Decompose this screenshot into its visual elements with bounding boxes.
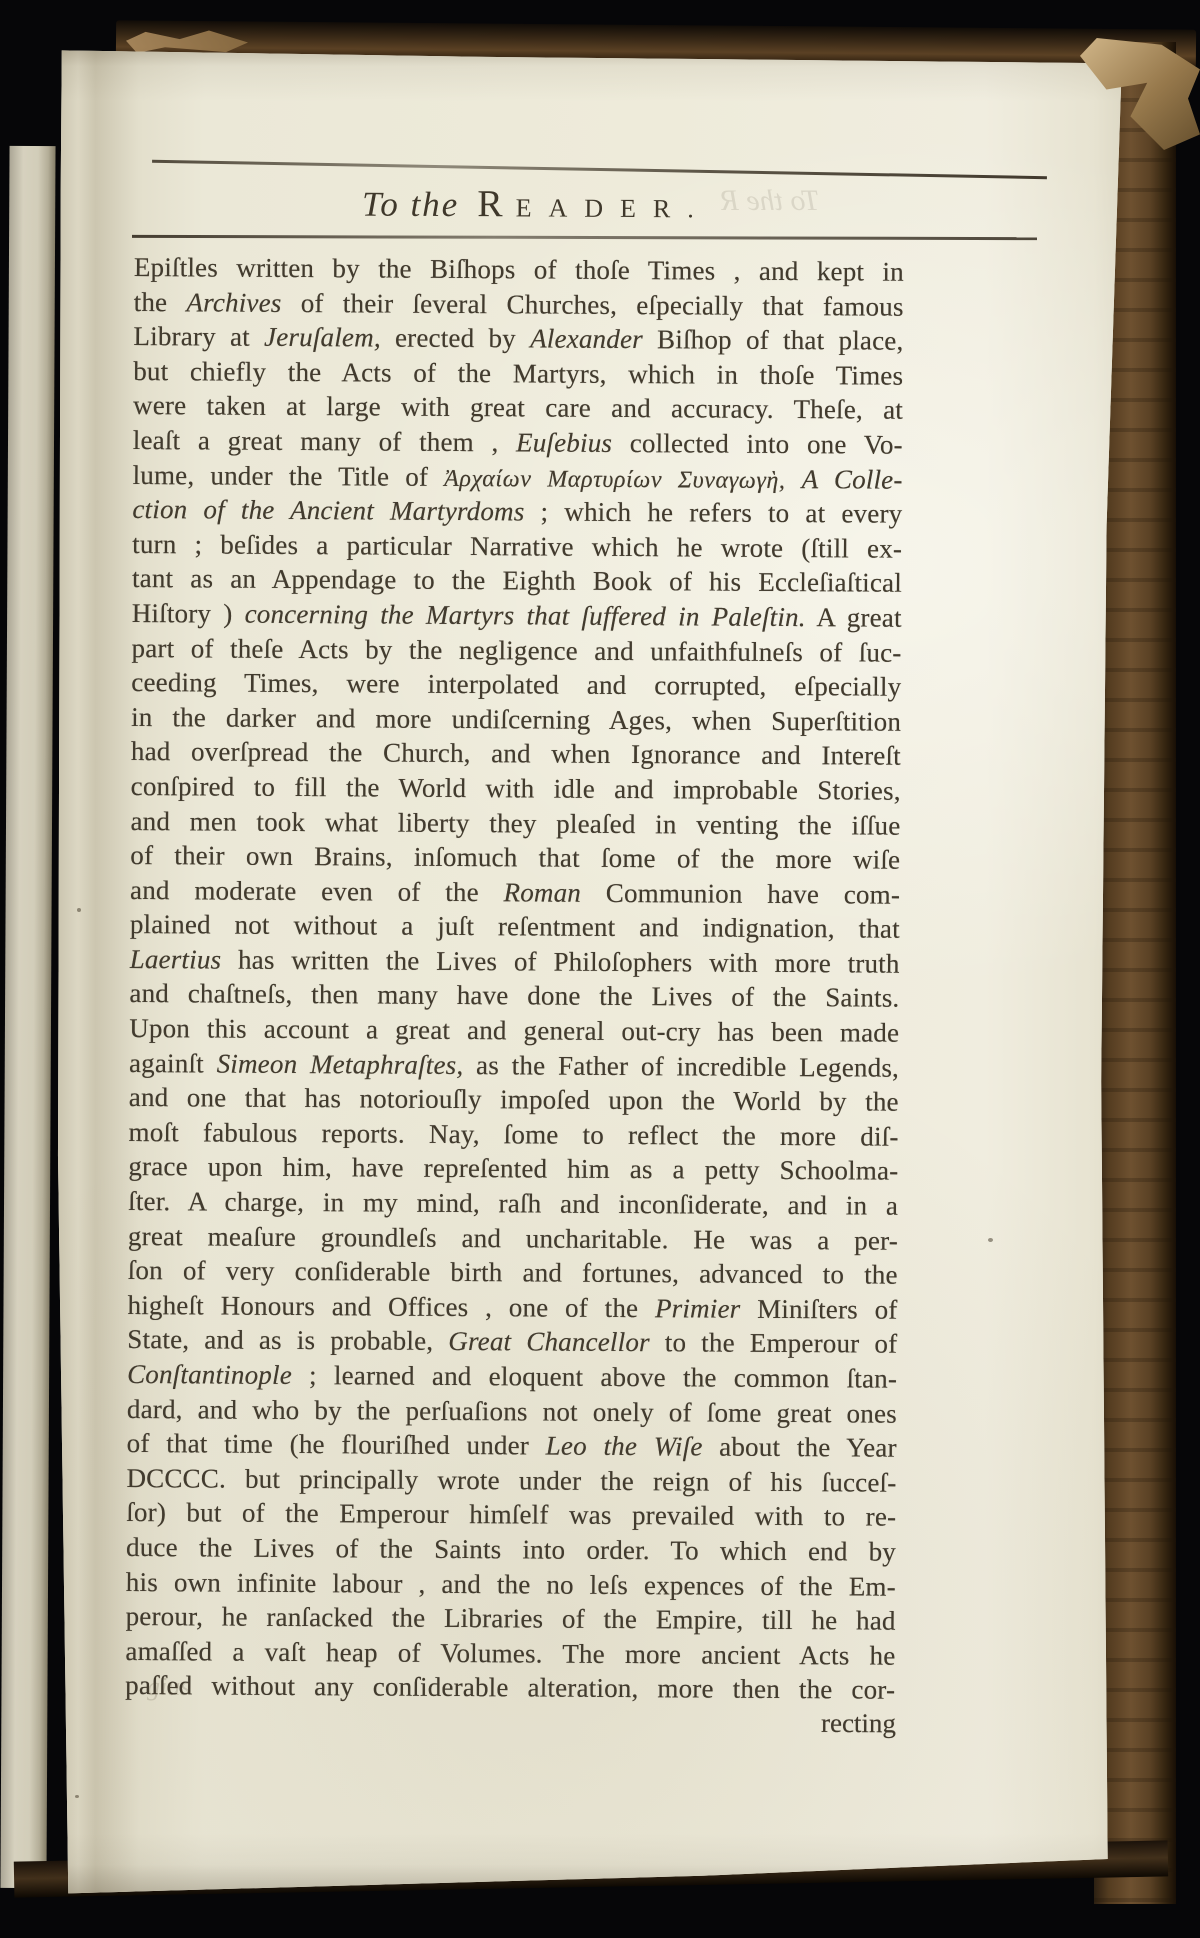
text-line: grace upon him, have repreſented him as … <box>128 1149 898 1188</box>
roman-text: the <box>134 287 187 317</box>
italic-text: Primier <box>655 1293 741 1324</box>
stain-speck <box>75 1795 79 1798</box>
text-line: his own infinite labour , and the no leſ… <box>126 1565 896 1604</box>
italic-text: Laertius <box>130 944 222 975</box>
roman-text: has written the Lives of Philoſophers wi… <box>221 944 900 978</box>
left-page-edge <box>0 146 55 1888</box>
roman-text: part of theſe Acts by the negligence and… <box>131 633 901 668</box>
text-line: conſpired to fill the World with idle an… <box>131 769 901 808</box>
italic-text: Jeruſalem, <box>264 322 381 353</box>
roman-text: but chiefly the Acts of the Martyrs, whi… <box>133 356 903 391</box>
text-line: were taken at large with great care and … <box>133 388 903 427</box>
text-block: Epiſtles written by the Biſhops of thoſe… <box>125 250 904 1708</box>
stain-speck <box>988 1238 993 1242</box>
text-line: ceeding Times, were interpolated and cor… <box>131 665 901 704</box>
roman-text: erected by <box>381 323 530 354</box>
roman-text: higheſt Honours and Offices , one of the <box>127 1290 655 1323</box>
text-line: and chaſtneſs, then many have done the L… <box>129 976 899 1015</box>
roman-text: Communion have com- <box>581 877 900 909</box>
roman-text: his own infinite labour , and the no leſ… <box>126 1567 896 1602</box>
roman-text: Biſhop of that place, <box>643 324 904 356</box>
roman-text: dard, and who by the perſuaſions not one… <box>127 1394 897 1429</box>
title-initial: R <box>477 183 503 225</box>
roman-text: conſpired to fill the World with idle an… <box>131 771 901 806</box>
roman-text: were taken at large with great care and … <box>133 390 903 425</box>
roman-text: againſt <box>129 1048 217 1079</box>
italic-text: concerning the Martyrs that ſuffered in … <box>245 599 806 632</box>
roman-text: moſt fabulous reports. Nay, ſome to refl… <box>129 1117 899 1152</box>
text-line: ction of the Ancient Martyrdoms ; which … <box>132 492 902 531</box>
roman-text: Epiſtles written by the Biſhops of thoſe… <box>134 252 904 287</box>
roman-text: of that time (he flouriſhed under <box>127 1428 546 1461</box>
italic-text: Simeon Metaphraſtes, <box>217 1048 464 1080</box>
roman-text: as the Father of incredible Legends, <box>463 1050 899 1083</box>
roman-text: and one that has notoriouſly impoſed upo… <box>129 1082 899 1117</box>
text-line: DCCCC. but principally wrote under the r… <box>126 1461 896 1500</box>
roman-text: State, and as is probable, <box>127 1324 448 1356</box>
text-line: Conſtantinople ; learned and eloquent ab… <box>127 1357 897 1396</box>
italic-text: Roman <box>503 877 581 907</box>
text-line: but chiefly the Acts of the Martyrs, whi… <box>133 354 903 393</box>
italic-text: Archives <box>186 287 281 318</box>
text-line: the Archives of their ſeveral Churches, … <box>134 285 904 324</box>
roman-text: plained not without a juſt reſentment an… <box>130 909 900 944</box>
book-page: To the R To theREADER. Epiſtles written … <box>52 42 1137 1898</box>
header-rule-top <box>152 160 1047 179</box>
text-line: tant as an Appendage to the Eighth Book … <box>132 561 902 600</box>
text-line: againſt Simeon Metaphraſtes, as the Fath… <box>129 1046 899 1085</box>
roman-text: tant as an Appendage to the Eighth Book … <box>132 563 902 598</box>
text-line: ſor) but of the Emperour himſelf was pre… <box>126 1495 896 1534</box>
roman-text: paſſed without any conſiderable alterati… <box>125 1670 895 1705</box>
text-line: higheſt Honours and Offices , one of the… <box>127 1288 897 1327</box>
roman-text: duce the Lives of the Saints into order.… <box>126 1532 896 1567</box>
text-line: ſon of very conſiderable birth and fortu… <box>128 1253 898 1292</box>
page-title: To theREADER. <box>134 179 1132 234</box>
text-line: Epiſtles written by the Biſhops of thoſe… <box>134 250 904 289</box>
text-line: and men took what liberty they pleaſed i… <box>130 803 900 842</box>
italic-text: Alexander <box>530 324 643 355</box>
catchword: recting <box>821 1708 896 1738</box>
text-line: part of theſe Acts by the negligence and… <box>131 631 901 670</box>
catchword-row: recting <box>134 1702 904 1741</box>
text-line: ſter. A charge, in my mind, raſh and inc… <box>128 1184 898 1223</box>
roman-text: to the Emperour of <box>650 1328 898 1360</box>
title-caps: EADER. <box>516 193 711 223</box>
roman-text: ſon of very conſiderable birth and fortu… <box>128 1255 898 1290</box>
roman-text: ; learned and eloquent above the common … <box>292 1360 897 1394</box>
roman-text: ceeding Times, were interpolated and cor… <box>131 667 901 702</box>
roman-text: perour, he ranſacked the Libraries of th… <box>126 1601 896 1636</box>
roman-text: ſor) but of the Emperour himſelf was pre… <box>126 1497 896 1532</box>
greek-text: Ἀρχαίων Μαρτυρίων Συναγωγὴ, <box>444 465 785 493</box>
italic-text: Leo the Wiſe <box>546 1431 703 1462</box>
roman-text: about the Year <box>702 1432 896 1463</box>
roman-text: ; which he refers to at every <box>524 497 902 529</box>
roman-text: turn ; beſides a particular Narrative wh… <box>132 529 902 564</box>
text-line: great meaſure groundleſs and uncharitabl… <box>128 1219 898 1258</box>
roman-text: collected into one Vo- <box>612 428 903 460</box>
roman-text: and chaſtneſs, then many have done the L… <box>129 978 899 1013</box>
roman-text: leaſt a great many of them , <box>133 425 516 457</box>
italic-text: A Colle- <box>802 464 903 495</box>
text-line: perour, he ranſacked the Libraries of th… <box>126 1599 896 1638</box>
text-line: in the darker and more undiſcerning Ages… <box>131 700 901 739</box>
text-line: duce the Lives of the Saints into order.… <box>126 1530 896 1569</box>
roman-text: Library at <box>133 321 264 352</box>
italic-text: Conſtantinople <box>127 1359 292 1390</box>
roman-text: ſter. A charge, in my mind, raſh and inc… <box>128 1186 898 1221</box>
text-line: Library at Jeruſalem, erected by Alexand… <box>133 319 903 358</box>
text-line: turn ; beſides a particular Narrative wh… <box>132 527 902 566</box>
italic-text: ction of the Ancient Martyrdoms <box>132 494 524 526</box>
roman-text: Upon this account a great and general ou… <box>129 1013 899 1048</box>
roman-text: DCCCC. but principally wrote under the r… <box>126 1463 896 1498</box>
title-italic: To the <box>362 185 459 225</box>
text-line: Laertius has written the Lives of Philoſ… <box>130 942 900 981</box>
roman-text: grace upon him, have repreſented him as … <box>128 1151 898 1186</box>
text-line: Upon this account a great and general ou… <box>129 1011 899 1050</box>
roman-text: and men took what liberty they pleaſed i… <box>130 805 900 840</box>
text-line: had overſpread the Church, and when Igno… <box>131 734 901 773</box>
roman-text: amaſſed a vaſt heap of Volumes. The more… <box>125 1636 895 1671</box>
text-line: leaſt a great many of them , Euſebius co… <box>133 423 903 462</box>
roman-text: and moderate even of the <box>130 875 504 907</box>
text-line: lume, under the Title of Ἀρχαίων Μαρτυρί… <box>133 458 903 497</box>
stain-speck <box>77 908 81 912</box>
text-line: dard, and who by the perſuaſions not one… <box>127 1392 897 1431</box>
text-line: Hiſtory ) concerning the Martyrs that ſu… <box>132 596 902 635</box>
text-line: and moderate even of the Roman Communion… <box>130 873 900 912</box>
bleedthrough-text: gius <box>147 1672 190 1702</box>
text-line: of that time (he flouriſhed under Leo th… <box>127 1426 897 1465</box>
roman-text: had overſpread the Church, and when Igno… <box>131 736 901 771</box>
roman-text: great meaſure groundleſs and uncharitabl… <box>128 1221 898 1256</box>
text-line: of their own Brains, inſomuch that ſome … <box>130 838 900 877</box>
text-line: amaſſed a vaſt heap of Volumes. The more… <box>125 1634 895 1673</box>
scanned-book-photo: To the R To theREADER. Epiſtles written … <box>0 0 1200 1938</box>
roman-text <box>785 464 801 494</box>
text-line: plained not without a juſt reſentment an… <box>130 907 900 946</box>
roman-text: Miniſters of <box>740 1294 897 1325</box>
roman-text: in the darker and more undiſcerning Ages… <box>131 702 901 737</box>
italic-text: Euſebius <box>516 427 612 458</box>
text-line: and one that has notoriouſly impoſed upo… <box>129 1080 899 1119</box>
text-line: moſt fabulous reports. Nay, ſome to refl… <box>129 1115 899 1154</box>
roman-text: Hiſtory ) <box>132 598 245 629</box>
roman-text: of their own Brains, inſomuch that ſome … <box>130 840 900 875</box>
roman-text: lume, under the Title of <box>133 460 445 492</box>
roman-text: A great <box>806 602 902 633</box>
roman-text: of their ſeveral Churches, eſpecially th… <box>281 287 903 321</box>
italic-text: Great Chancellor <box>448 1326 650 1357</box>
header-rule-bottom <box>132 235 1037 240</box>
text-line: State, and as is probable, Great Chancel… <box>127 1322 897 1361</box>
